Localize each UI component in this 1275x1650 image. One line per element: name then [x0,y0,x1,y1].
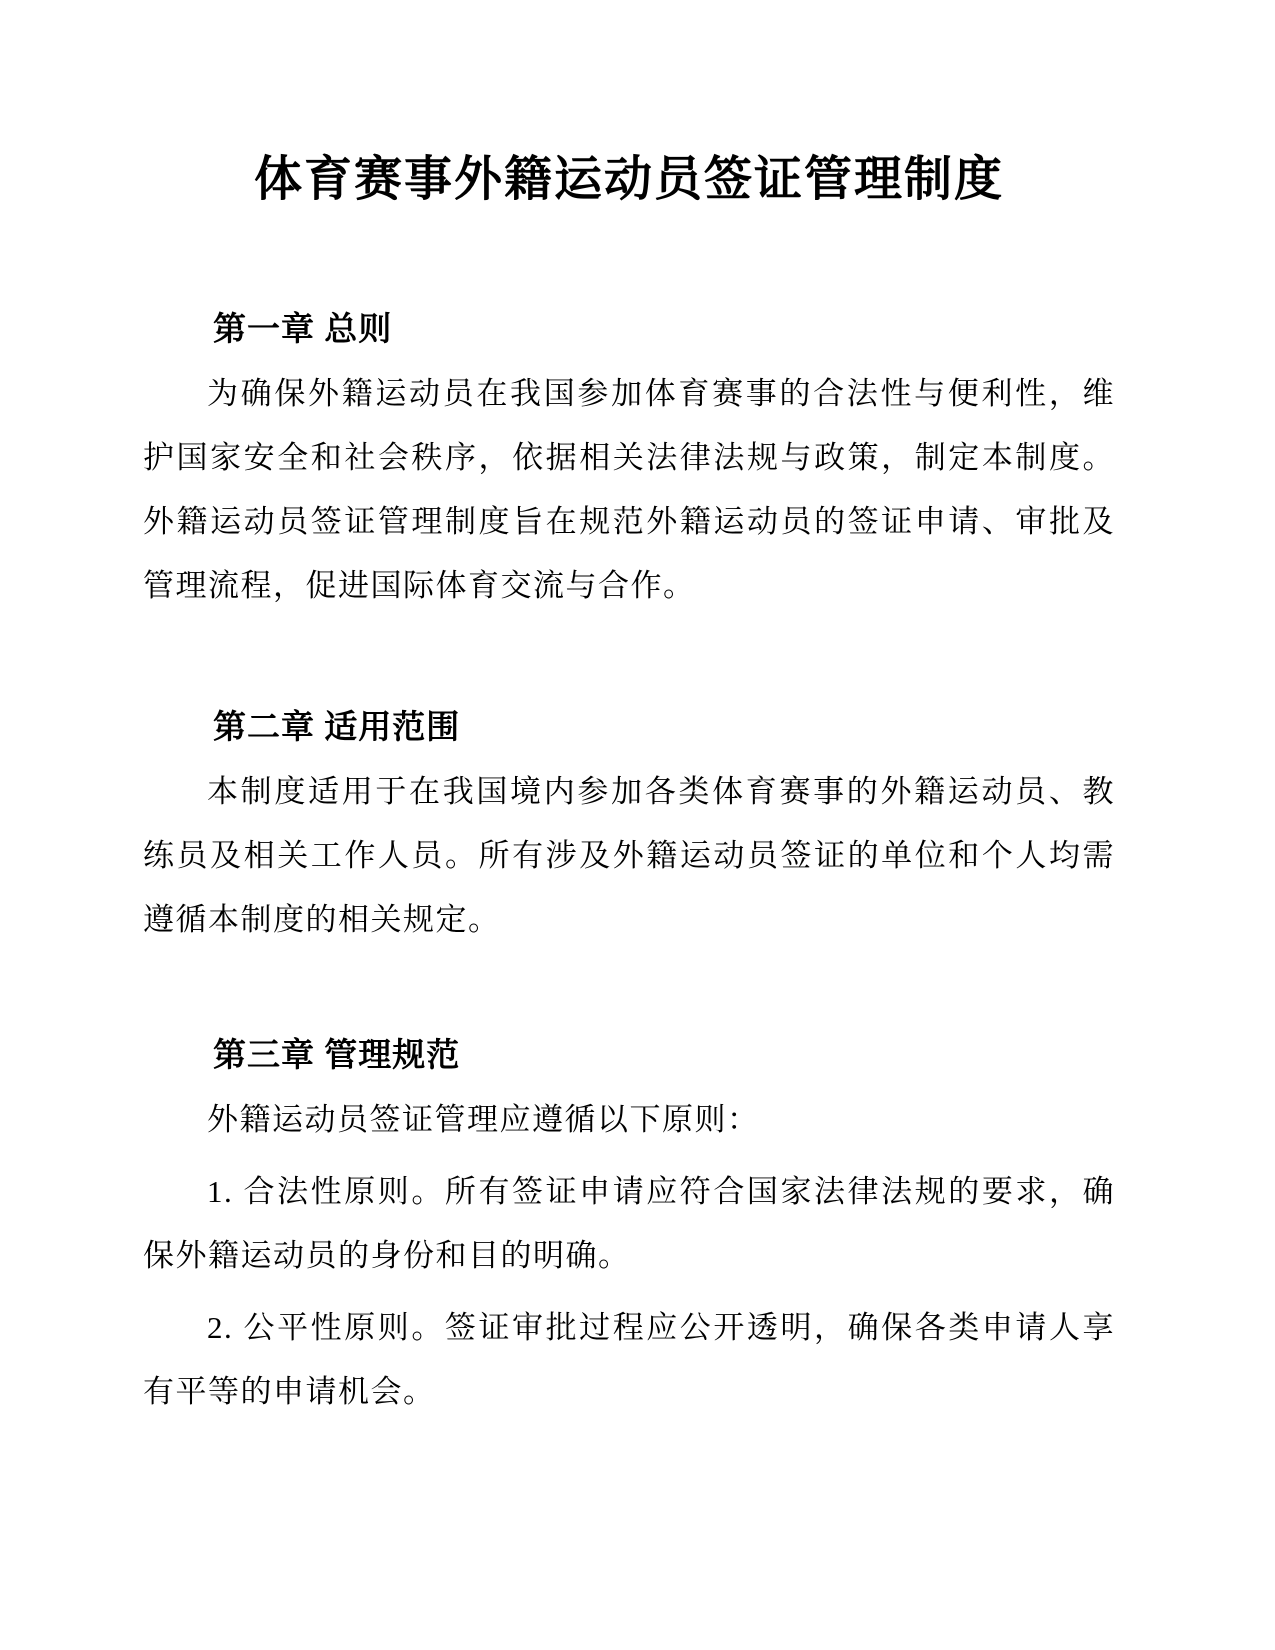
chapter-2-scope-of-application: 第二章 适用范围 本制度适用于在我国境内参加各类体育赛事的外籍运动员、教练员及相… [143,696,1115,952]
chapter-3-intro-paragraph: 外籍运动员签证管理应遵循以下原则： [143,1088,1115,1152]
principle-item-2: 2. 公平性原则。签证审批过程应公开透明，确保各类申请人享有平等的申请机会。 [143,1296,1115,1424]
principle-item-1: 1. 合法性原则。所有签证申请应符合国家法律法规的要求，确保外籍运动员的身份和目… [143,1160,1115,1288]
chapter-2-heading: 第二章 适用范围 [143,696,1115,760]
document-title: 体育赛事外籍运动员签证管理制度 [143,148,1115,212]
chapter-1-paragraph: 为确保外籍运动员在我国参加体育赛事的合法性与便利性，维护国家安全和社会秩序，依据… [143,362,1115,618]
chapter-1-heading: 第一章 总则 [143,298,1115,362]
document-page: 体育赛事外籍运动员签证管理制度 第一章 总则 为确保外籍运动员在我国参加体育赛事… [0,0,1275,1650]
chapter-3-management-norms: 第三章 管理规范 外籍运动员签证管理应遵循以下原则： 1. 合法性原则。所有签证… [143,1024,1115,1424]
chapter-2-paragraph: 本制度适用于在我国境内参加各类体育赛事的外籍运动员、教练员及相关工作人员。所有涉… [143,760,1115,952]
chapter-3-heading: 第三章 管理规范 [143,1024,1115,1088]
chapter-1-general-provisions: 第一章 总则 为确保外籍运动员在我国参加体育赛事的合法性与便利性，维护国家安全和… [143,298,1115,618]
